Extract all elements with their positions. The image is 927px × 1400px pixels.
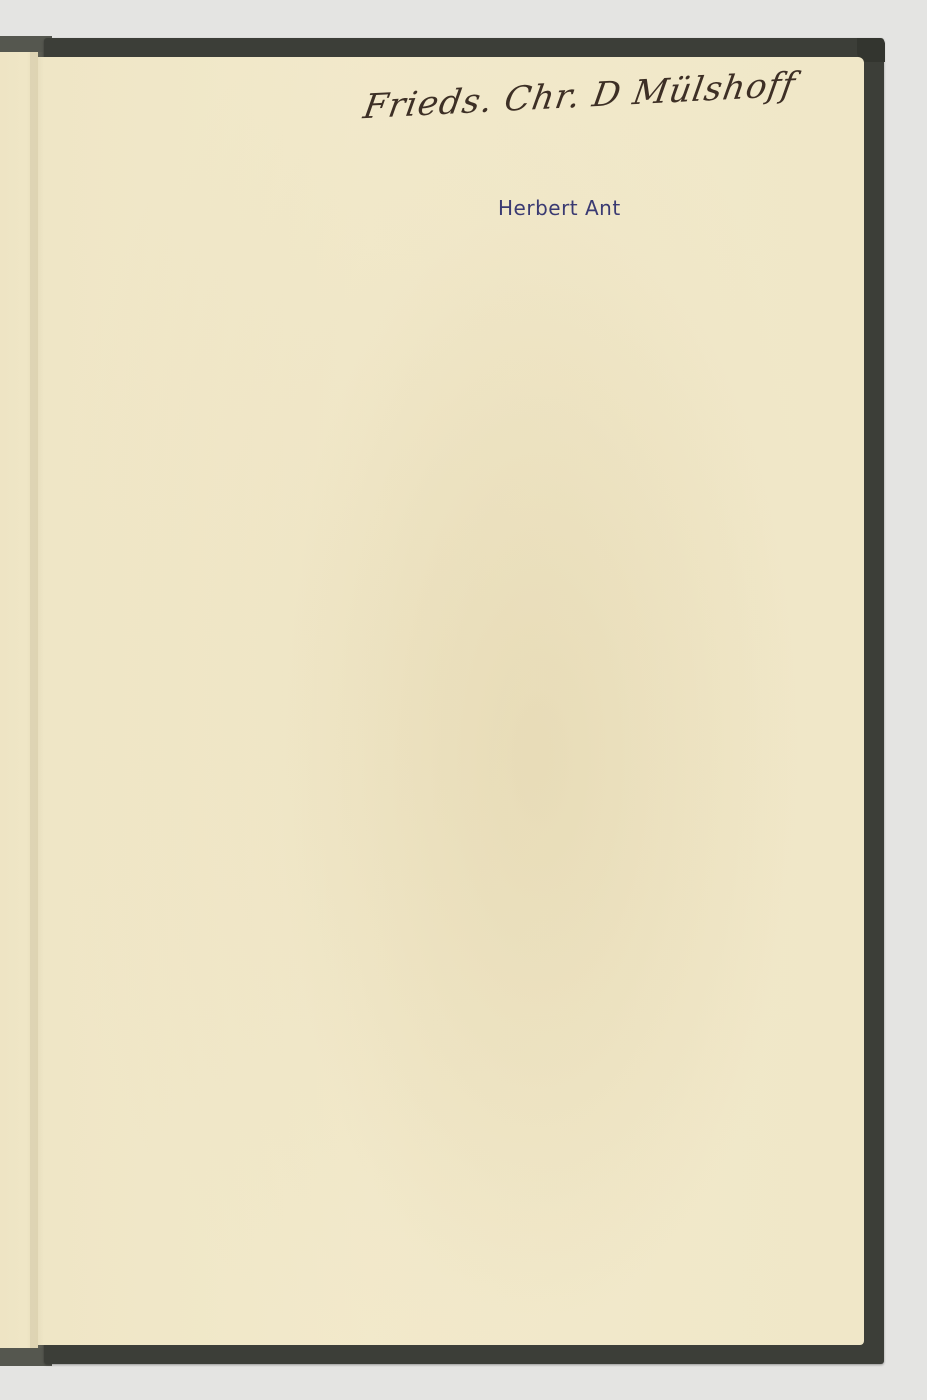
- flyleaf-page: [38, 57, 864, 1345]
- gutter-shadow: [30, 52, 44, 1348]
- owner-stamp: Herbert Ant: [498, 198, 621, 218]
